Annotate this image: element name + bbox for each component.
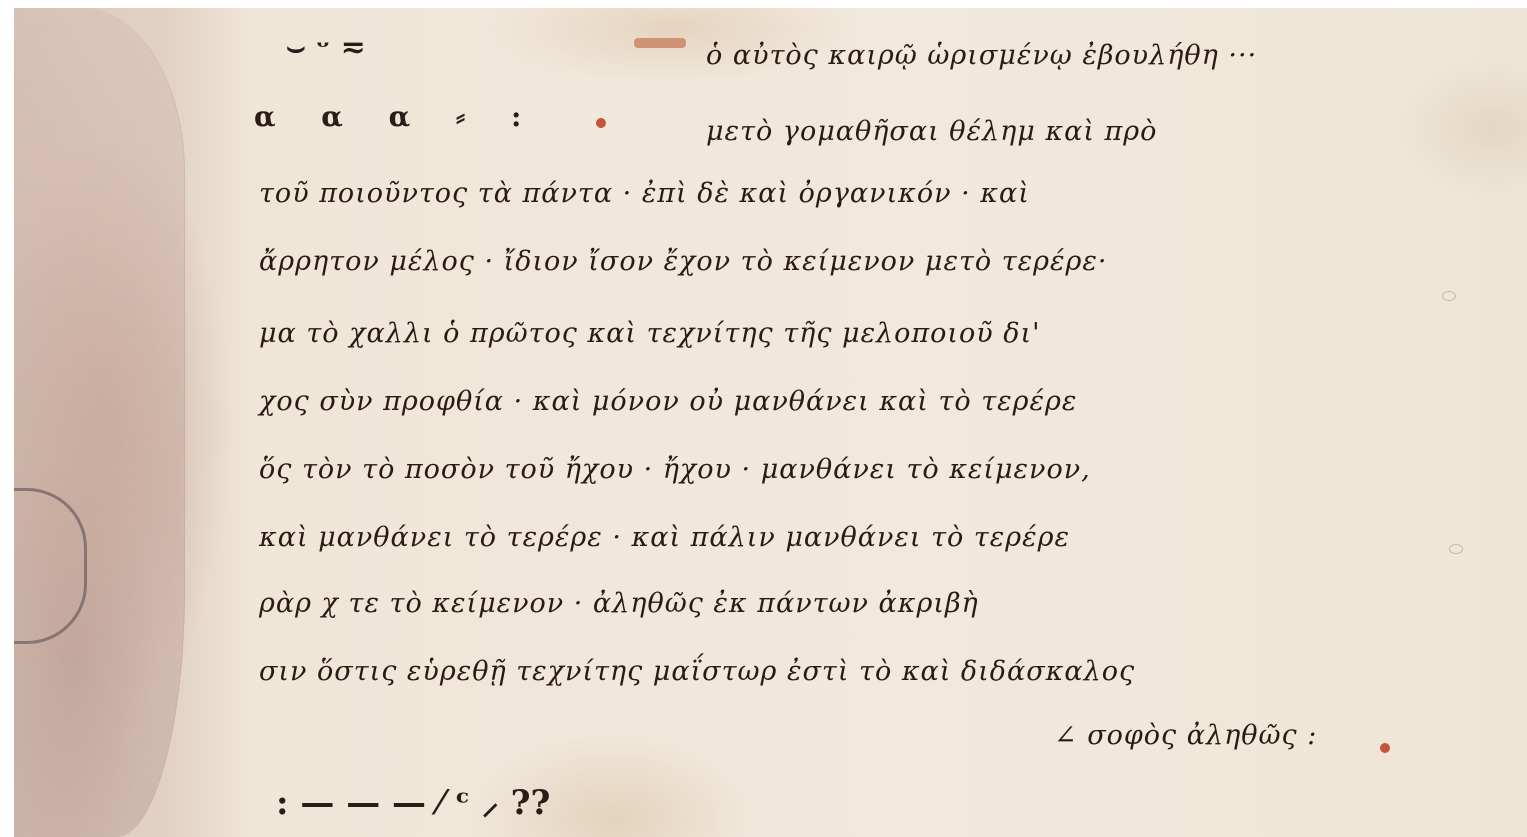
neume-row: α α α ⸗ : <box>254 100 539 134</box>
manuscript-line-6: χος σὺν προφθία · καὶ μόνον οὐ μανθάνει … <box>259 386 1077 417</box>
parchment-blemish <box>1442 291 1456 301</box>
manuscript-line-7: ὅς τὸν τὸ ποσὸν τοῦ ἤχου · ἤχου · μανθάν… <box>259 454 1091 485</box>
manuscript-line-5: μα τὸ χαλλι ὁ πρῶτος καὶ τεχνίτης τῆς με… <box>259 318 1041 349</box>
manuscript-line-1: ὁ αὐτὸς καιρῷ ὡρισμένῳ ἐβουλήθη ··· <box>706 40 1257 71</box>
rubric-ink-mark <box>634 38 686 48</box>
water-stain <box>14 8 185 837</box>
manuscript-line-2: μετὸ γομαθῆσαι θέλημ καὶ πρὸ <box>706 116 1157 147</box>
red-punctuation-dot <box>1380 743 1390 753</box>
manuscript-line-4: ἄρρητον μέλος · ἴδιον ἴσον ἔχον τὸ κείμε… <box>259 246 1107 277</box>
manuscript-line-9: ρὰρ χ τε τὸ κείμενον · ἀληθῶς ἐκ πάντων … <box>259 588 979 619</box>
manuscript-line-8: καὶ μανθάνει τὸ τερέρε · καὶ πάλιν μανθά… <box>259 522 1070 553</box>
manuscript-line-3: τοῦ ποιοῦντος τὰ πάντα · ἐπὶ δὲ καὶ ὀργα… <box>259 178 1030 209</box>
red-punctuation-dot <box>596 118 606 128</box>
manuscript-page: ⌣ ᵕ ≂ α α α ⸗ : ὁ αὐτὸς καιρῷ ὡρισμένῳ ἐ… <box>14 8 1527 837</box>
bottom-neume-row: : — — — ⁄ ᶜ ⸝ ?? <box>276 778 550 824</box>
manuscript-line-10: σιν ὅστις εὑρεθῇ τεχνίτης μαΐστωρ ἐστὶ τ… <box>259 656 1135 687</box>
neume-row: ⌣ ᵕ ≂ <box>286 30 366 65</box>
manuscript-closing: ∠ σοφὸς ἀληθῶς : <box>1054 720 1317 751</box>
parchment-blemish <box>1449 544 1463 554</box>
